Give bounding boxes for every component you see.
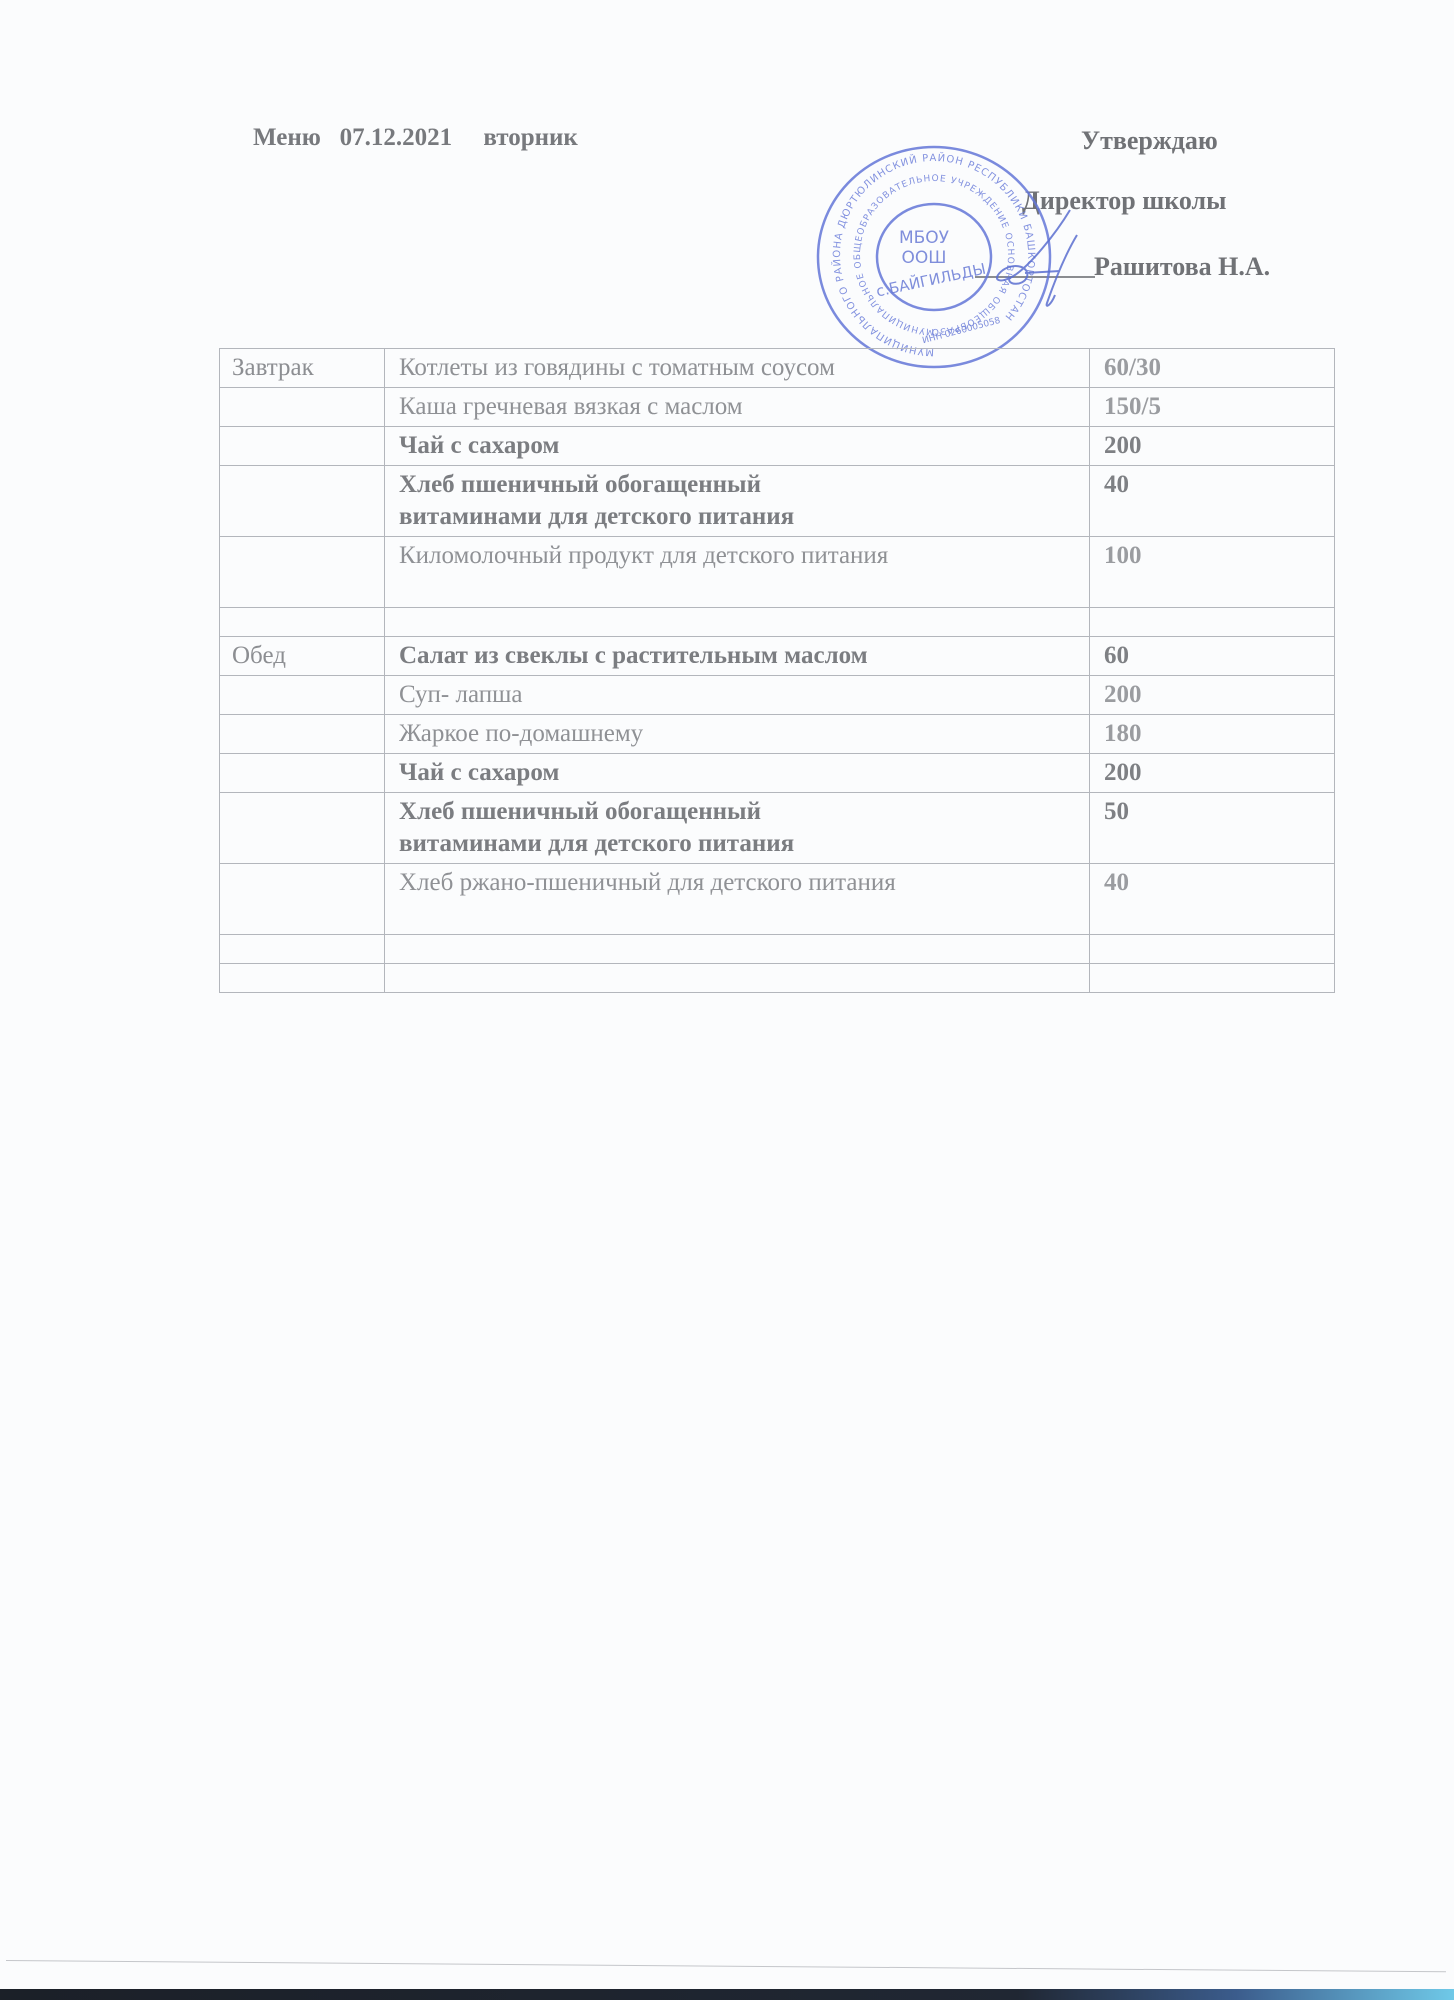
- meal-cell: [220, 864, 385, 935]
- approve-label: Утверждаю: [1081, 126, 1218, 156]
- dish-cell: Суп- лапша: [385, 676, 1090, 715]
- meal-cell: [220, 608, 385, 637]
- table-row: Чай с сахаром200: [220, 427, 1335, 466]
- table-row: Суп- лапша200: [220, 676, 1335, 715]
- table-row: Чай с сахаром200: [220, 754, 1335, 793]
- dish-cell: Жаркое по-домашнему: [385, 715, 1090, 754]
- menu-date: 07.12.2021: [340, 124, 453, 152]
- table-row: Хлеб пшеничный обогащенный витаминами дл…: [220, 793, 1335, 864]
- portion-cell: 40: [1090, 466, 1335, 537]
- meal-cell: [220, 715, 385, 754]
- meal-cell: [220, 754, 385, 793]
- meal-cell: [220, 537, 385, 608]
- portion-cell: 60: [1090, 637, 1335, 676]
- dish-cell: Хлеб пшеничный обогащенный витаминами дл…: [385, 793, 1090, 864]
- dish-cell: Каша гречневая вязкая с маслом: [385, 388, 1090, 427]
- portion-cell: [1090, 935, 1335, 964]
- table-row: Жаркое по-домашнему180: [220, 715, 1335, 754]
- dish-cell: Чай с сахаром: [385, 754, 1090, 793]
- dish-cell: Хлеб пшеничный обогащенный витаминами дл…: [385, 466, 1090, 537]
- portion-cell: 100: [1090, 537, 1335, 608]
- table-row: [220, 608, 1335, 637]
- menu-table: ЗавтракКотлеты из говядины с томатным со…: [219, 348, 1335, 993]
- table-row: Хлеб пшеничный обогащенный витаминами дл…: [220, 466, 1335, 537]
- table-row: [220, 964, 1335, 993]
- meal-cell: [220, 935, 385, 964]
- meal-cell: Завтрак: [220, 349, 385, 388]
- dish-cell: Салат из свеклы с растительным маслом: [385, 637, 1090, 676]
- dish-cell: Котлеты из говядины с томатным соусом: [385, 349, 1090, 388]
- meal-cell: [220, 676, 385, 715]
- portion-cell: [1090, 608, 1335, 637]
- meal-cell: [220, 466, 385, 537]
- director-name: Рашитова Н.А.: [1094, 252, 1270, 282]
- portion-cell: 50: [1090, 793, 1335, 864]
- portion-cell: 200: [1090, 754, 1335, 793]
- portion-cell: 200: [1090, 676, 1335, 715]
- meal-cell: [220, 964, 385, 993]
- page-edge-line: [6, 1960, 1446, 1972]
- menu-title: Меню: [253, 124, 321, 152]
- portion-cell: 60/30: [1090, 349, 1335, 388]
- dish-cell: Хлеб ржано-пшеничный для детского питани…: [385, 864, 1090, 935]
- table-row: Каша гречневая вязкая с маслом150/5: [220, 388, 1335, 427]
- portion-cell: 40: [1090, 864, 1335, 935]
- dish-cell: Киломолочный продукт для детского питани…: [385, 537, 1090, 608]
- dish-cell: [385, 964, 1090, 993]
- meal-cell: [220, 793, 385, 864]
- meal-cell: Обед: [220, 637, 385, 676]
- portion-cell: 150/5: [1090, 388, 1335, 427]
- meal-cell: [220, 388, 385, 427]
- table-row: [220, 935, 1335, 964]
- table-row: ЗавтракКотлеты из говядины с томатным со…: [220, 349, 1335, 388]
- table-row: Киломолочный продукт для детского питани…: [220, 537, 1335, 608]
- dish-cell: Чай с сахаром: [385, 427, 1090, 466]
- menu-weekday: вторник: [483, 124, 577, 152]
- table-row: ОбедСалат из свеклы с растительным масло…: [220, 637, 1335, 676]
- dish-cell: [385, 608, 1090, 637]
- dish-cell: [385, 935, 1090, 964]
- portion-cell: [1090, 964, 1335, 993]
- svg-text:ООШ: ООШ: [902, 248, 947, 268]
- scanner-edge-bar: [0, 1989, 1454, 2000]
- menu-header: Меню 07.12.2021 вторник: [253, 124, 578, 152]
- meal-cell: [220, 427, 385, 466]
- signature-icon: [985, 205, 1095, 315]
- portion-cell: 200: [1090, 427, 1335, 466]
- portion-cell: 180: [1090, 715, 1335, 754]
- table-row: Хлеб ржано-пшеничный для детского питани…: [220, 864, 1335, 935]
- svg-text:МБОУ: МБОУ: [899, 228, 950, 248]
